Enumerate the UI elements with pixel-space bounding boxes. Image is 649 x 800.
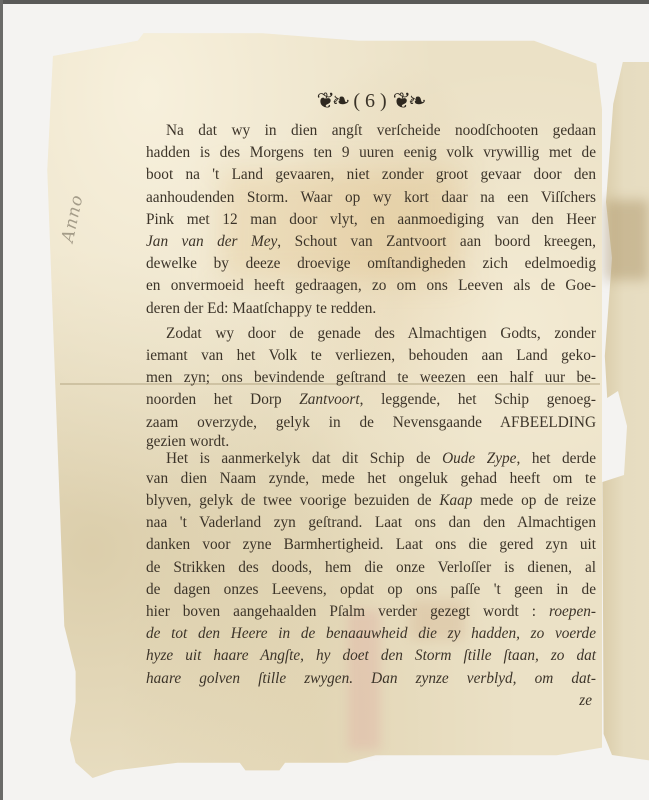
text-run: mede op de reize [472, 492, 596, 509]
text-run: Het is aanmerkelyk dat dit Schip de [166, 450, 442, 467]
text-run: noorden het Dorp [146, 391, 299, 408]
catchword: ze [146, 690, 596, 712]
text-line: noorden het Dorp Zantvoort, leggende, he… [146, 389, 596, 411]
text-run: , Schout van Zantvoort aan boord kreegen… [277, 233, 596, 250]
text-line-italic: de tot den Heere in de benaauwheid die z… [146, 623, 596, 645]
text-line: blyven, gelyk de twee voorige bezuiden d… [146, 490, 596, 512]
text-line: van dien Naam zynde, mede het ongeluk ge… [146, 468, 596, 490]
paragraph-1: Na dat wy in dien angſt verſcheide noodſ… [146, 120, 596, 320]
italic-place: Kaap [439, 492, 472, 509]
text-line: en onvermoeid heeft gedraagen, zo om ons… [146, 275, 596, 297]
text-line: aanhoudenden Storm. Waar op wy kort daar… [146, 187, 596, 209]
text-line: gezien wordt. [146, 434, 596, 450]
text-run: blyven, gelyk de twee voorige bezuiden d… [146, 492, 439, 509]
text-line: Na dat wy in dien angſt verſcheide noodſ… [146, 120, 596, 142]
fleuron-right-icon: ❦❧ [393, 88, 424, 114]
italic-ship-name: Oude Zype [442, 450, 516, 467]
text-line: zaam overzyde, gelyk in de Nevensgaande … [146, 412, 596, 434]
text-line: hier boven aangehaalden Pſalm verder gez… [146, 601, 596, 623]
adjacent-page-stain [605, 200, 649, 280]
text-run: hier boven aangehaalden Pſalm verder gez… [146, 603, 549, 620]
text-run: , het derde [516, 450, 596, 467]
text-line: Jan van der Mey, Schout van Zantvoort aa… [146, 231, 596, 253]
paragraph-3: Het is aanmerkelyk dat dit Schip de Oude… [146, 450, 596, 712]
body-text: Na dat wy in dien angſt verſcheide noodſ… [146, 120, 596, 712]
paragraph-2: Zodat wy door de genade des Almachtigen … [146, 323, 596, 450]
text-line: deren der Ed: Maatſchappy te redden. [146, 298, 596, 320]
fleuron-left-icon: ❦❧ [316, 88, 347, 114]
text-line: iemant van het Volk te verliezen, behoud… [146, 345, 596, 367]
text-line: Zodat wy door de genade des Almachtigen … [146, 323, 596, 345]
text-line: naa 't Vaderland zyn geſtrand. Laat ons … [146, 512, 596, 534]
text-line: danken voor zyne Barmhertigheid. Laat on… [146, 534, 596, 556]
adjacent-page-fragment [600, 62, 649, 762]
scan-frame-top [0, 0, 649, 4]
text-line: hadden is des Morgens ten 9 uuren eenig … [146, 142, 596, 164]
text-line-italic: haare golven ſtille zwygen. Dan zynze ve… [146, 668, 596, 690]
page-number: ( 6 ) [353, 90, 386, 113]
text-line: de Strikken des doods, hem die onze Verl… [146, 557, 596, 579]
page-header: ❦❧ ( 6 ) ❦❧ [140, 88, 600, 114]
text-line-italic: hyze uit haare Angſte, hy doet den Storm… [146, 645, 596, 667]
italic-place: Zantvoort [299, 391, 359, 408]
text-line: men zyn; ons bevindende geſtrand te weez… [146, 367, 596, 389]
italic-name: Jan van der Mey [146, 233, 277, 250]
text-run: , leggende, het Schip genoeg- [360, 391, 596, 408]
text-line: dewelke by deeze droevige omſtandigheden… [146, 253, 596, 275]
text-line: Pink met 12 man door vlyt, en aanmoedigi… [146, 209, 596, 231]
italic-quote: roepen- [549, 603, 596, 620]
text-line: boot na 't Land gevaaren, niet zonder gr… [146, 164, 596, 186]
text-line: de dagen onzes Leevens, opdat op ons paſ… [146, 579, 596, 601]
text-line: Het is aanmerkelyk dat dit Schip de Oude… [146, 450, 596, 468]
scan-frame-left [0, 0, 3, 800]
